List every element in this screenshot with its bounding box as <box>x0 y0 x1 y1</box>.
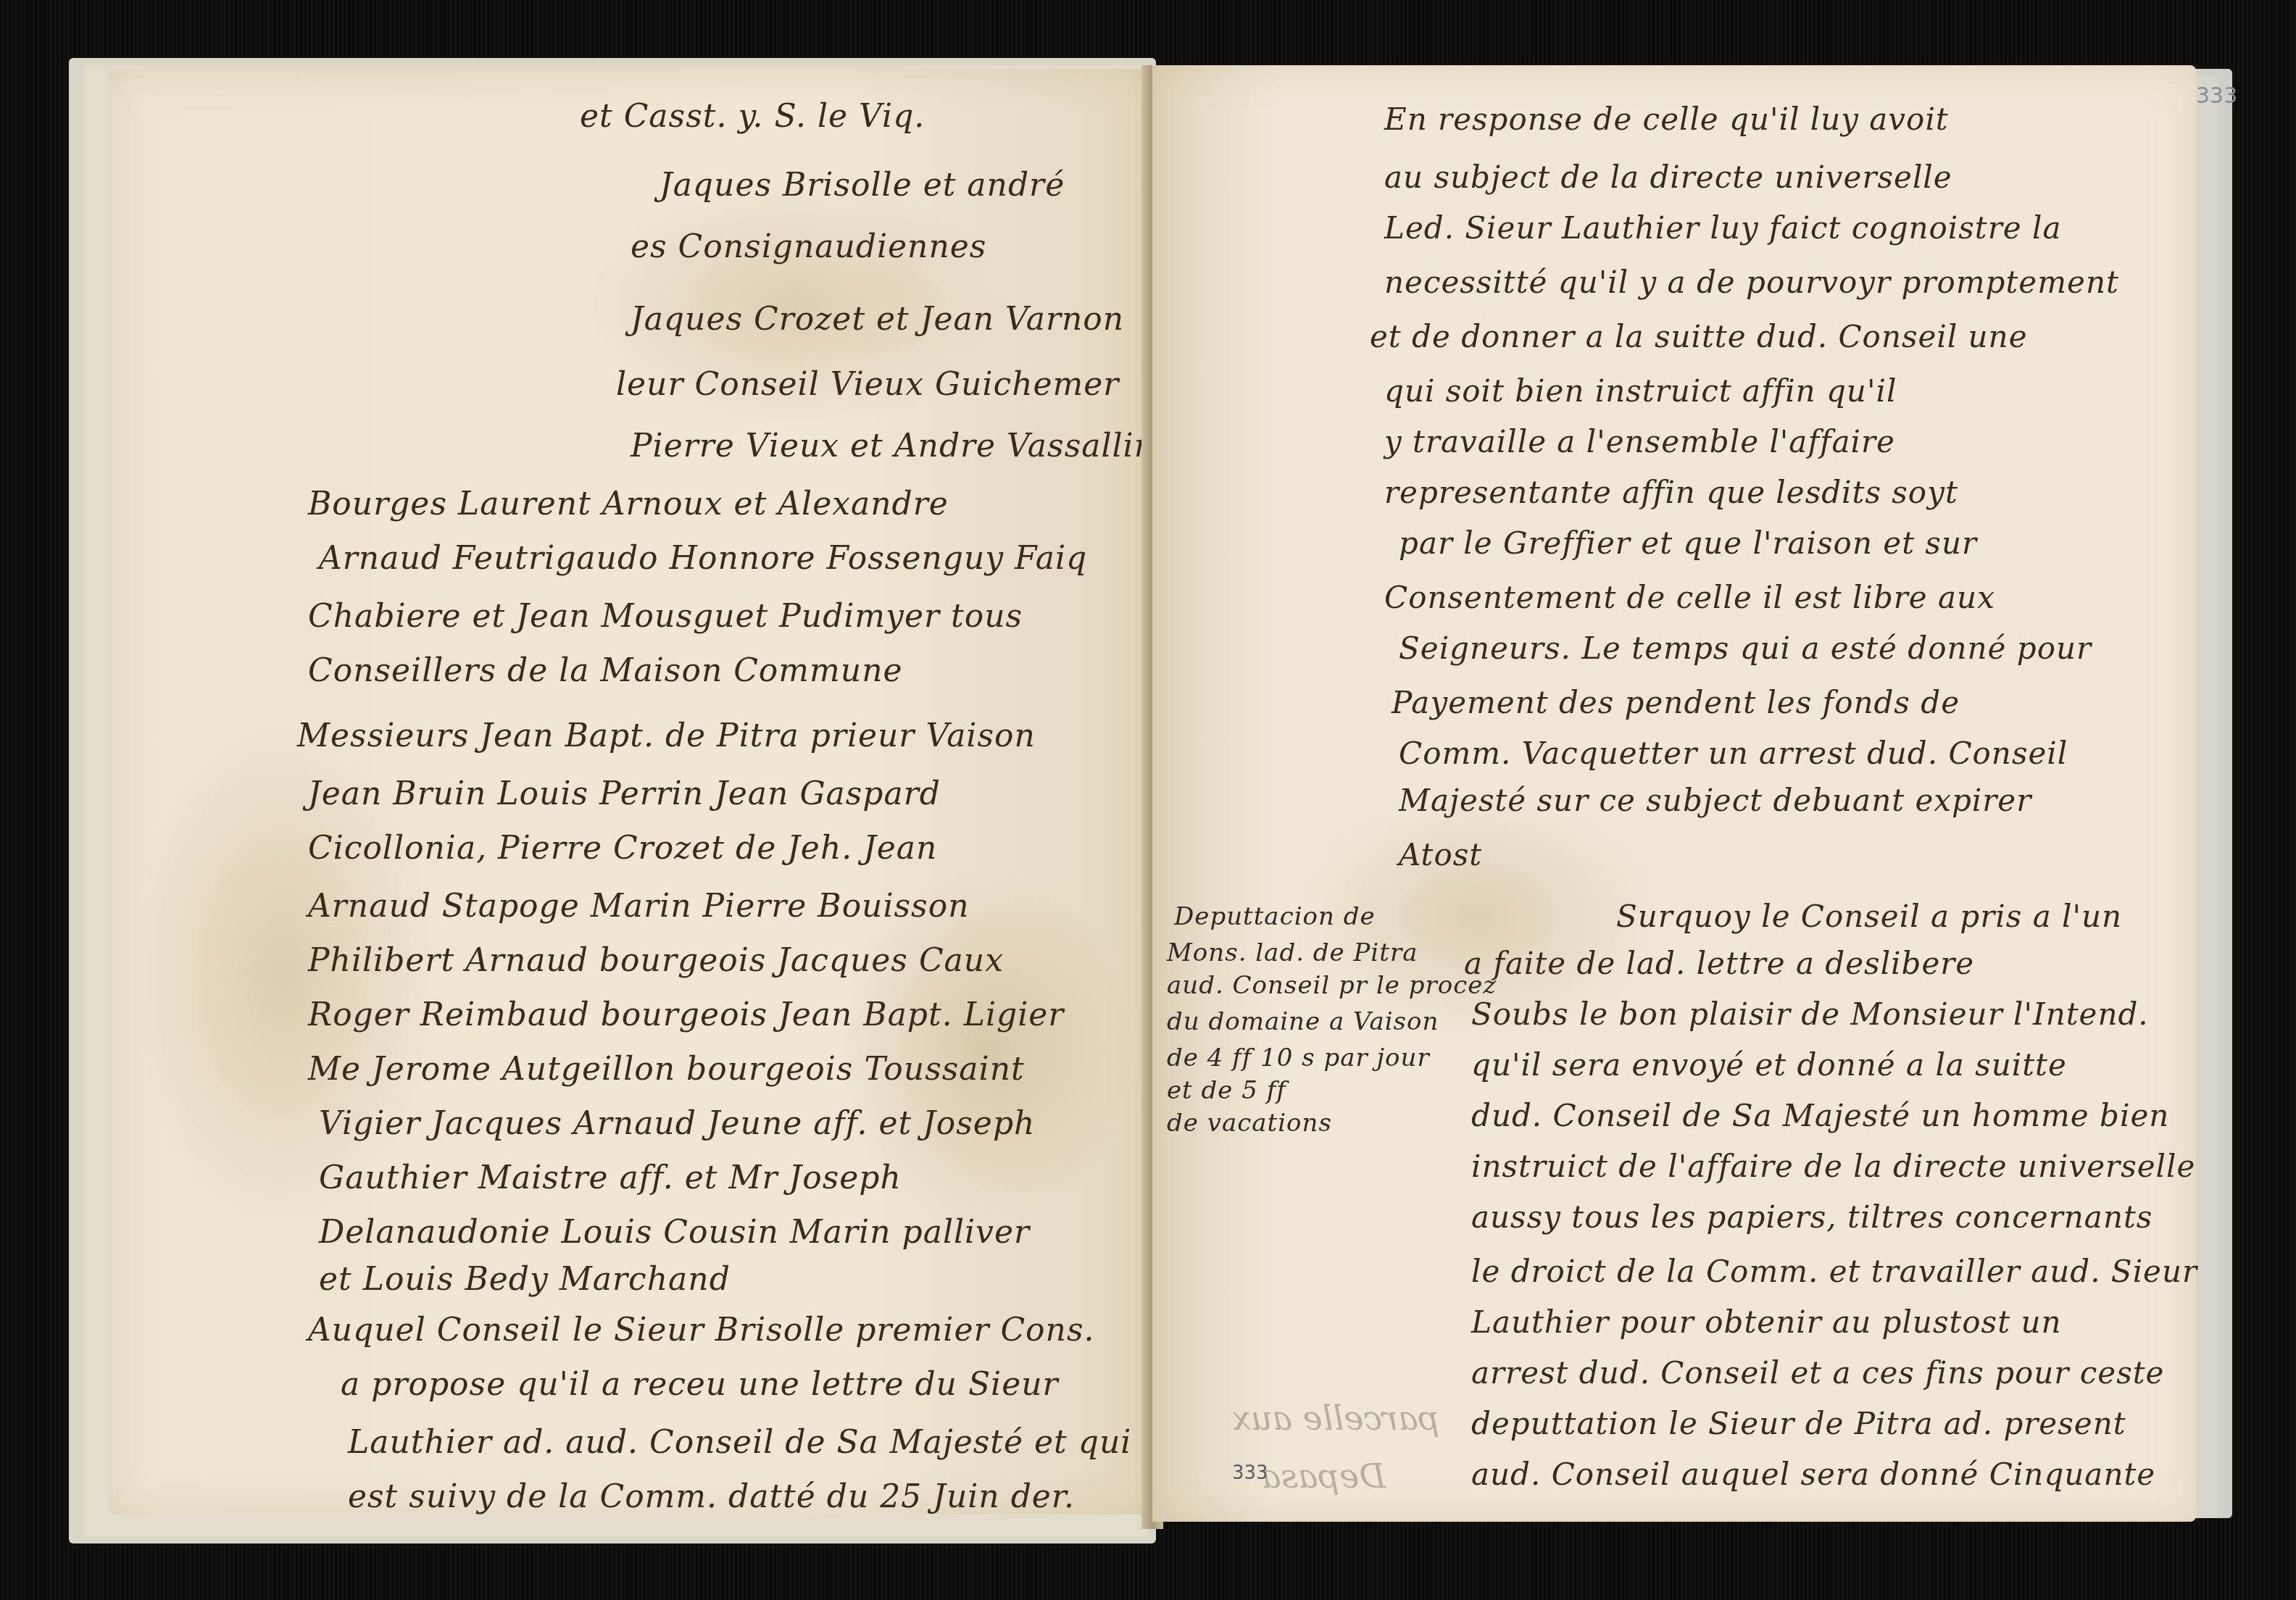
manuscript-line: Jaques Brisolle et andré <box>660 167 1065 204</box>
left-page: et Casst. y. S. le Viq. Jaques Brisolle … <box>109 69 1149 1514</box>
bleed-through-text: parcelle aux <box>1232 1399 1439 1438</box>
margin-note-line: du domaine a Vaison <box>1167 1007 1439 1036</box>
manuscript-line: et de donner a la suitte dud. Conseil un… <box>1370 319 2028 354</box>
manuscript-line: Bourges Laurent Arnoux et Alexandre <box>308 486 949 522</box>
manuscript-line: et Louis Bedy Marchand <box>319 1261 731 1298</box>
margin-note-line: de 4 ff 10 s par jour <box>1167 1043 1430 1072</box>
manuscript-line: est suivy de la Comm. datté du 25 Juin d… <box>348 1478 1075 1515</box>
manuscript-line: Lauthier ad. aud. Conseil de Sa Majesté … <box>348 1424 1131 1461</box>
manuscript-line: Philibert Arnaud bourgeois Jacques Caux <box>308 942 1004 979</box>
manuscript-line: instruict de l'affaire de la directe uni… <box>1471 1149 2195 1184</box>
manuscript-line: a faite de lad. lettre a deslibere <box>1464 946 1974 981</box>
right-page: En response de celle qu'il luy avoit au … <box>1152 65 2196 1522</box>
manuscript-line: leur Conseil Vieux Guichemer <box>616 366 1119 403</box>
manuscript-line: Comm. Vacquetter un arrest dud. Conseil <box>1399 736 2068 771</box>
manuscript-line: necessitté qu'il y a de pourvoyr prompte… <box>1384 264 2119 300</box>
manuscript-line: le droict de la Comm. et travailler aud.… <box>1471 1254 2197 1289</box>
manuscript-line: Jean Bruin Louis Perrin Jean Gaspard <box>308 775 941 812</box>
manuscript-line: Majesté sur ce subject debuant expirer <box>1399 783 2031 818</box>
manuscript-line: Soubs le bon plaisir de Monsieur l'Inten… <box>1471 996 2149 1032</box>
manuscript-line: Atost <box>1399 837 1482 872</box>
manuscript-line: Cicollonia, Pierre Crozet de Jeh. Jean <box>308 830 937 867</box>
margin-note-line: Deputtacion de <box>1174 902 1376 931</box>
manuscript-line: Me Jerome Autgeillon bourgeois Toussaint <box>308 1051 1025 1088</box>
manuscript-line: et Casst. y. S. le Viq. <box>580 98 925 135</box>
folio-number: 333 <box>1232 1462 1268 1484</box>
manuscript-line: Seigneurs. Le temps qui a esté donné pou… <box>1399 630 2092 666</box>
manuscript-line: Vigier Jacques Arnaud Jeune aff. et Jose… <box>319 1105 1035 1142</box>
folio-number-top: 333 <box>2196 83 2237 109</box>
manuscript-line: representante affin que lesdits soyt <box>1384 475 1958 510</box>
manuscript-line: Jaques Crozet et Jean Varnon <box>631 301 1124 338</box>
manuscript-line: Auquel Conseil le Sieur Brisolle premier… <box>308 1312 1095 1349</box>
manuscript-line: aussy tous les papiers, tiltres concerna… <box>1471 1199 2152 1235</box>
manuscript-line: deputtation le Sieur de Pitra ad. presen… <box>1471 1406 2126 1441</box>
manuscript-line: Delanaudonie Louis Cousin Marin palliver <box>319 1214 1030 1251</box>
manuscript-line: Surquoy le Conseil a pris a l'un <box>1616 899 2122 934</box>
manuscript-line: arrest dud. Conseil et a ces fins pour c… <box>1471 1355 2164 1391</box>
margin-note-line: de vacations <box>1167 1109 1332 1138</box>
manuscript-line: aud. Conseil auquel sera donné Cinquante <box>1471 1457 2155 1492</box>
manuscript-line: qui soit bien instruict affin qu'il <box>1384 373 1897 409</box>
manuscript-line: Conseillers de la Maison Commune <box>308 652 903 689</box>
manuscript-line: Payement des pendent les fonds de <box>1392 685 1960 720</box>
manuscript-line: Messieurs Jean Bapt. de Pitra prieur Vai… <box>297 717 1036 754</box>
manuscript-line: Roger Reimbaud bourgeois Jean Bapt. Ligi… <box>308 996 1064 1033</box>
manuscript-line: qu'il sera envoyé et donné a la suitte <box>1471 1047 2067 1083</box>
manuscript-line: Lauthier pour obtenir au plustost un <box>1471 1304 2062 1340</box>
manuscript-line: Gauthier Maistre aff. et Mr Joseph <box>319 1159 902 1196</box>
manuscript-line: a propose qu'il a receu une lettre du Si… <box>341 1366 1059 1403</box>
margin-note-line: aud. Conseil pr le procez <box>1167 971 1497 1000</box>
manuscript-line: Pierre Vieux et Andre Vassallin <box>631 428 1155 464</box>
manuscript-line: Chabiere et Jean Mousguet Pudimyer tous <box>308 598 1023 635</box>
manuscript-line: Arnaud Feutrigaudo Honnore Fossenguy Fai… <box>319 540 1087 577</box>
manuscript-line: par le Greffier et que l'raison et sur <box>1399 525 1977 561</box>
manuscript-line: Consentement de celle il est libre aux <box>1384 580 1995 615</box>
manuscript-line: au subject de la directe universelle <box>1384 159 1952 195</box>
manuscript-line: dud. Conseil de Sa Majesté un homme bien <box>1471 1098 2169 1133</box>
manuscript-line: es Consignaudiennes <box>631 228 986 265</box>
margin-note-line: et de 5 ff <box>1167 1076 1286 1105</box>
margin-note-line: Mons. lad. de Pitra <box>1167 938 1418 967</box>
manuscript-line: Arnaud Stapoge Marin Pierre Bouisson <box>308 888 970 925</box>
manuscript-line: En response de celle qu'il luy avoit <box>1384 101 1949 137</box>
manuscript-line: y travaille a l'ensemble l'affaire <box>1384 424 1895 459</box>
bleed-through-text: Depasa <box>1261 1457 1386 1496</box>
manuscript-line: Led. Sieur Lauthier luy faict cognoistre… <box>1384 210 2061 246</box>
